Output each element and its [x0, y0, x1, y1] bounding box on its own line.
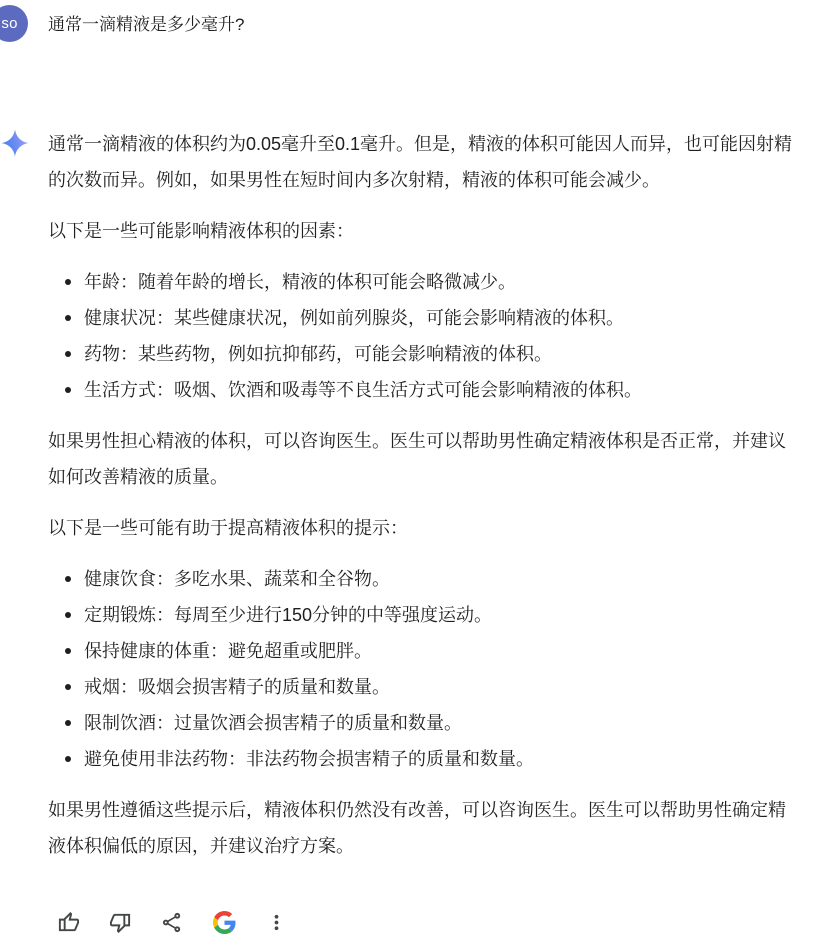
thumb-up-button[interactable] — [57, 911, 80, 934]
list-item: 年龄：随着年龄的增长，精液的体积可能会略微减少。 — [48, 264, 795, 300]
more-options-button[interactable] — [265, 911, 288, 934]
assistant-content: 通常一滴精液的体积约为0.05毫升至0.1毫升。但是，精液的体积可能因人而异，也… — [48, 126, 795, 934]
list-item: 健康饮食：多吃水果、蔬菜和全谷物。 — [48, 561, 795, 597]
list-item: 保持健康的体重：避免超重或肥胖。 — [48, 633, 795, 669]
share-button[interactable] — [161, 911, 184, 934]
thumb-down-icon — [109, 911, 132, 934]
list-item: 限制饮酒：过量饮酒会损害精子的质量和数量。 — [48, 705, 795, 741]
thumb-down-button[interactable] — [109, 911, 132, 934]
thumb-up-icon — [57, 911, 80, 934]
list-item: 生活方式：吸烟、饮酒和吸毒等不良生活方式可能会影响精液的体积。 — [48, 372, 795, 408]
tips-list: 健康饮食：多吃水果、蔬菜和全谷物。定期锻炼：每周至少进行150分钟的中等强度运动… — [48, 561, 795, 777]
assistant-message: 通常一滴精液的体积约为0.05毫升至0.1毫升。但是，精液的体积可能因人而异，也… — [0, 126, 827, 934]
user-message: so 通常一滴精液是多少毫升? — [0, 0, 827, 44]
answer-paragraph-3: 如果男性遵循这些提示后，精液体积仍然没有改善，可以咨询医生。医生可以帮助男性确定… — [48, 792, 795, 864]
list-item: 定期锻炼：每周至少进行150分钟的中等强度运动。 — [48, 597, 795, 633]
factors-list: 年龄：随着年龄的增长，精液的体积可能会略微减少。健康状况：某些健康状况，例如前列… — [48, 264, 795, 408]
answer-paragraph-1: 通常一滴精液的体积约为0.05毫升至0.1毫升。但是，精液的体积可能因人而异，也… — [48, 126, 795, 198]
gemini-sparkle-icon — [0, 128, 30, 158]
answer-paragraph-2: 如果男性担心精液的体积，可以咨询医生。医生可以帮助男性确定精液体积是否正常，并建… — [48, 423, 795, 495]
more-vert-icon — [265, 911, 288, 934]
list-item: 药物：某些药物，例如抗抑郁药，可能会影响精液的体积。 — [48, 336, 795, 372]
list-item: 健康状况：某些健康状况，例如前列腺炎，可能会影响精液的体积。 — [48, 300, 795, 336]
google-search-button[interactable] — [213, 911, 236, 934]
factors-heading: 以下是一些可能影响精液体积的因素： — [48, 213, 795, 249]
user-question-text: 通常一滴精液是多少毫升? — [48, 13, 795, 37]
chat-page: so 通常一滴精液是多少毫升? 通常一滴精液的体积约为0.05毫升至0.1毫升。… — [0, 0, 827, 952]
share-icon — [161, 911, 184, 934]
list-item: 避免使用非法药物：非法药物会损害精子的质量和数量。 — [48, 741, 795, 777]
list-item: 戒烟：吸烟会损害精子的质量和数量。 — [48, 669, 795, 705]
response-actions — [57, 911, 795, 934]
tips-heading: 以下是一些可能有助于提高精液体积的提示： — [48, 510, 795, 546]
user-avatar: so — [0, 5, 28, 42]
google-logo-icon — [213, 911, 236, 934]
user-avatar-initials: so — [1, 15, 17, 32]
